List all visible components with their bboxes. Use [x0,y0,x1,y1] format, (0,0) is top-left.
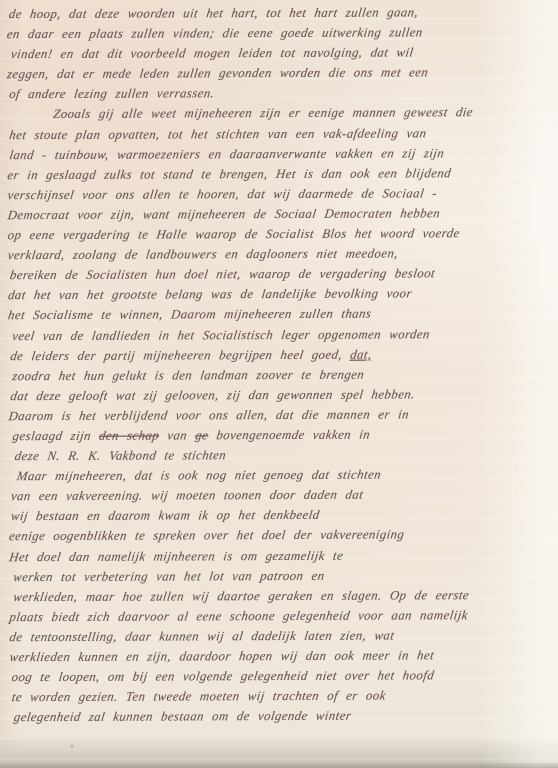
handwritten-line: het Socialisme te winnen, Daarom mijnehe… [7,303,557,325]
handwritten-line: werklieden kunnen en zijn, daardoor hope… [8,645,558,667]
struck-word: den schap [98,428,160,442]
handwritten-text-block: de hoop, dat deze woorden uit het hart, … [5,2,555,728]
handwritten-line: land - tuinbouw, warmoezeniers en daaraa… [6,142,556,164]
handwritten-line: Democraat voor zijn, want mijneheeren de… [6,203,556,225]
struck-word: ge [194,428,209,442]
handwritten-line: Zooals gij alle weet mijneheeren zijn er… [6,102,556,124]
handwritten-line: de tentoonstelling, daar kunnen wij al d… [8,625,558,647]
handwritten-line: dat deze gelooft wat zij gelooven, zij d… [7,384,557,406]
handwritten-line: zoodra het hun gelukt is den landman zoo… [7,363,557,385]
handwritten-line: er in geslaagd zulks tot stand te brenge… [6,163,556,185]
handwritten-line: Maar mijneheeren, dat is ook nog niet ge… [8,464,558,486]
handwritten-line: Het doel dan namelijk mijnheeren is om g… [8,544,558,566]
handwritten-line: gelegenheid zal kunnen bestaan om de vol… [9,705,558,727]
handwritten-line: vinden! en dat dit voorbeeld mogen leide… [6,42,556,64]
handwritten-line: het stoute plan opvatten, tot het sticht… [6,122,556,144]
handwritten-line: eenige oogenblikken te spreken over het … [8,524,558,546]
handwritten-line: verklaard, zoolang de landbouwers en dag… [7,243,557,265]
handwritten-line: en daar een plaats zullen vinden; die ee… [6,22,556,44]
handwritten-line: werken tot verbetering van het lot van p… [8,564,558,586]
handwritten-line: Daarom is het verblijdend voor ons allen… [7,404,557,426]
handwritten-line: de leiders der partij mijneheeren begrij… [7,343,557,365]
handwritten-line: geslaagd zijn den schap van ge bovengeno… [7,424,557,446]
underlined-word: dat, [349,347,372,361]
handwritten-line: verschijnsel voor ons allen te hooren, d… [6,183,556,205]
manuscript-page: de hoop, dat deze woorden uit het hart, … [0,0,558,768]
handwritten-line: veel van de landlieden in het Socialisti… [7,323,557,345]
handwritten-line: oog te loopen, om bij een volgende geleg… [8,665,558,687]
scan-edge-shadow [0,763,558,768]
handwritten-line: werklieden, maar hoe zullen wij daartoe … [8,585,558,607]
handwritten-line: bereiken de Socialisten hun doel niet, w… [7,263,557,285]
handwritten-line: op eene vergadering te Halle waarop de S… [6,223,556,245]
handwritten-line: plaats biedt zich daarvoor al eene schoo… [8,605,558,627]
handwritten-line: de hoop, dat deze woorden uit het hart, … [6,2,556,24]
handwritten-line: deze N. R. K. Vakbond te stichten [7,444,557,466]
handwritten-line: te worden gezien. Ten tweede moeten wij … [8,685,558,707]
